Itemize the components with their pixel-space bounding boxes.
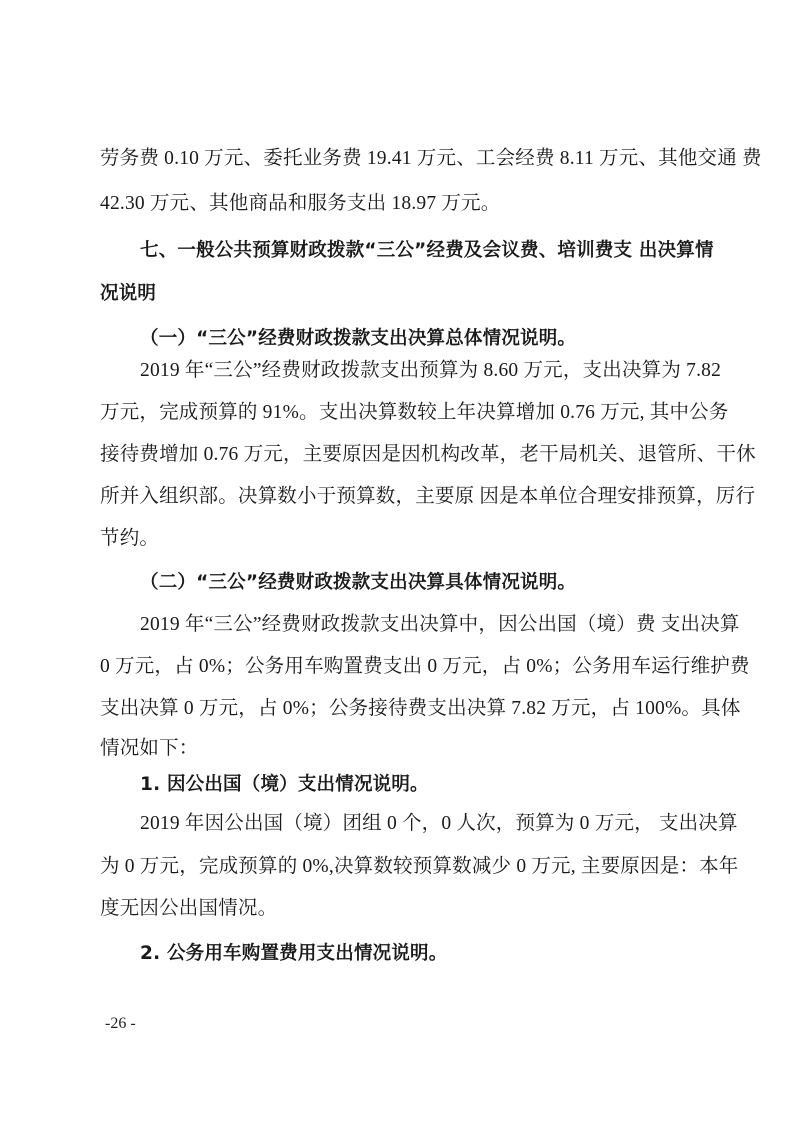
section-heading: 况说明 xyxy=(100,281,720,307)
paragraph-line: 接待费增加 0.76 万元，主要原因是因机构改革，老干局机关、退管所、干休 xyxy=(100,442,720,468)
page-number: -26 - xyxy=(105,1015,136,1033)
section-heading: （一）“三公”经费财政拨款支出决算总体情况说明。 xyxy=(140,326,760,352)
paragraph-line: 为 0 万元，完成预算的 0%,决算数较预算数减少 0 万元, 主要原因是：本年 xyxy=(100,854,720,880)
paragraph-line: 劳务费 0.10 万元、委托业务费 19.41 万元、工会经费 8.11 万元、… xyxy=(100,146,720,172)
paragraph-line: 节约。 xyxy=(100,526,720,552)
document-page: 劳务费 0.10 万元、委托业务费 19.41 万元、工会经费 8.11 万元、… xyxy=(0,0,793,1122)
paragraph-line: 2019 年“三公”经费财政拨款支出决算中，因公出国（境）费 支出决算 xyxy=(140,612,760,638)
section-heading: 2. 公务用车购置费用支出情况说明。 xyxy=(140,941,760,967)
paragraph-line: 0 万元，占 0%；公务用车购置费支出 0 万元，占 0%；公务用车运行维护费 xyxy=(100,654,720,680)
paragraph-line: 万元，完成预算的 91%。支出决算数较上年决算增加 0.76 万元, 其中公务 xyxy=(100,400,720,426)
paragraph-line: 情况如下： xyxy=(100,736,720,762)
paragraph-line: 2019 年“三公”经费财政拨款支出预算为 8.60 万元，支出决算为 7.82 xyxy=(140,358,760,384)
paragraph-line: 42.30 万元、其他商品和服务支出 18.97 万元。 xyxy=(100,191,720,217)
paragraph-line: 所并入组织部。决算数小于预算数，主要原 因是本单位合理安排预算，厉行 xyxy=(100,484,720,510)
paragraph-line: 2019 年因公出国（境）团组 0 个，0 人次，预算为 0 万元， 支出决算 xyxy=(140,811,760,837)
section-heading: 七、一般公共预算财政拨款“三公”经费及会议费、培训费支 出决算情 xyxy=(140,238,760,264)
section-heading: （二）“三公”经费财政拨款支出决算具体情况说明。 xyxy=(140,570,760,596)
paragraph-line: 支出决算 0 万元，占 0%；公务接待费支出决算 7.82 万元，占 100%。… xyxy=(100,696,720,722)
section-heading: 1. 因公出国（境）支出情况说明。 xyxy=(140,772,760,798)
paragraph-line: 度无因公出国情况。 xyxy=(100,896,720,922)
